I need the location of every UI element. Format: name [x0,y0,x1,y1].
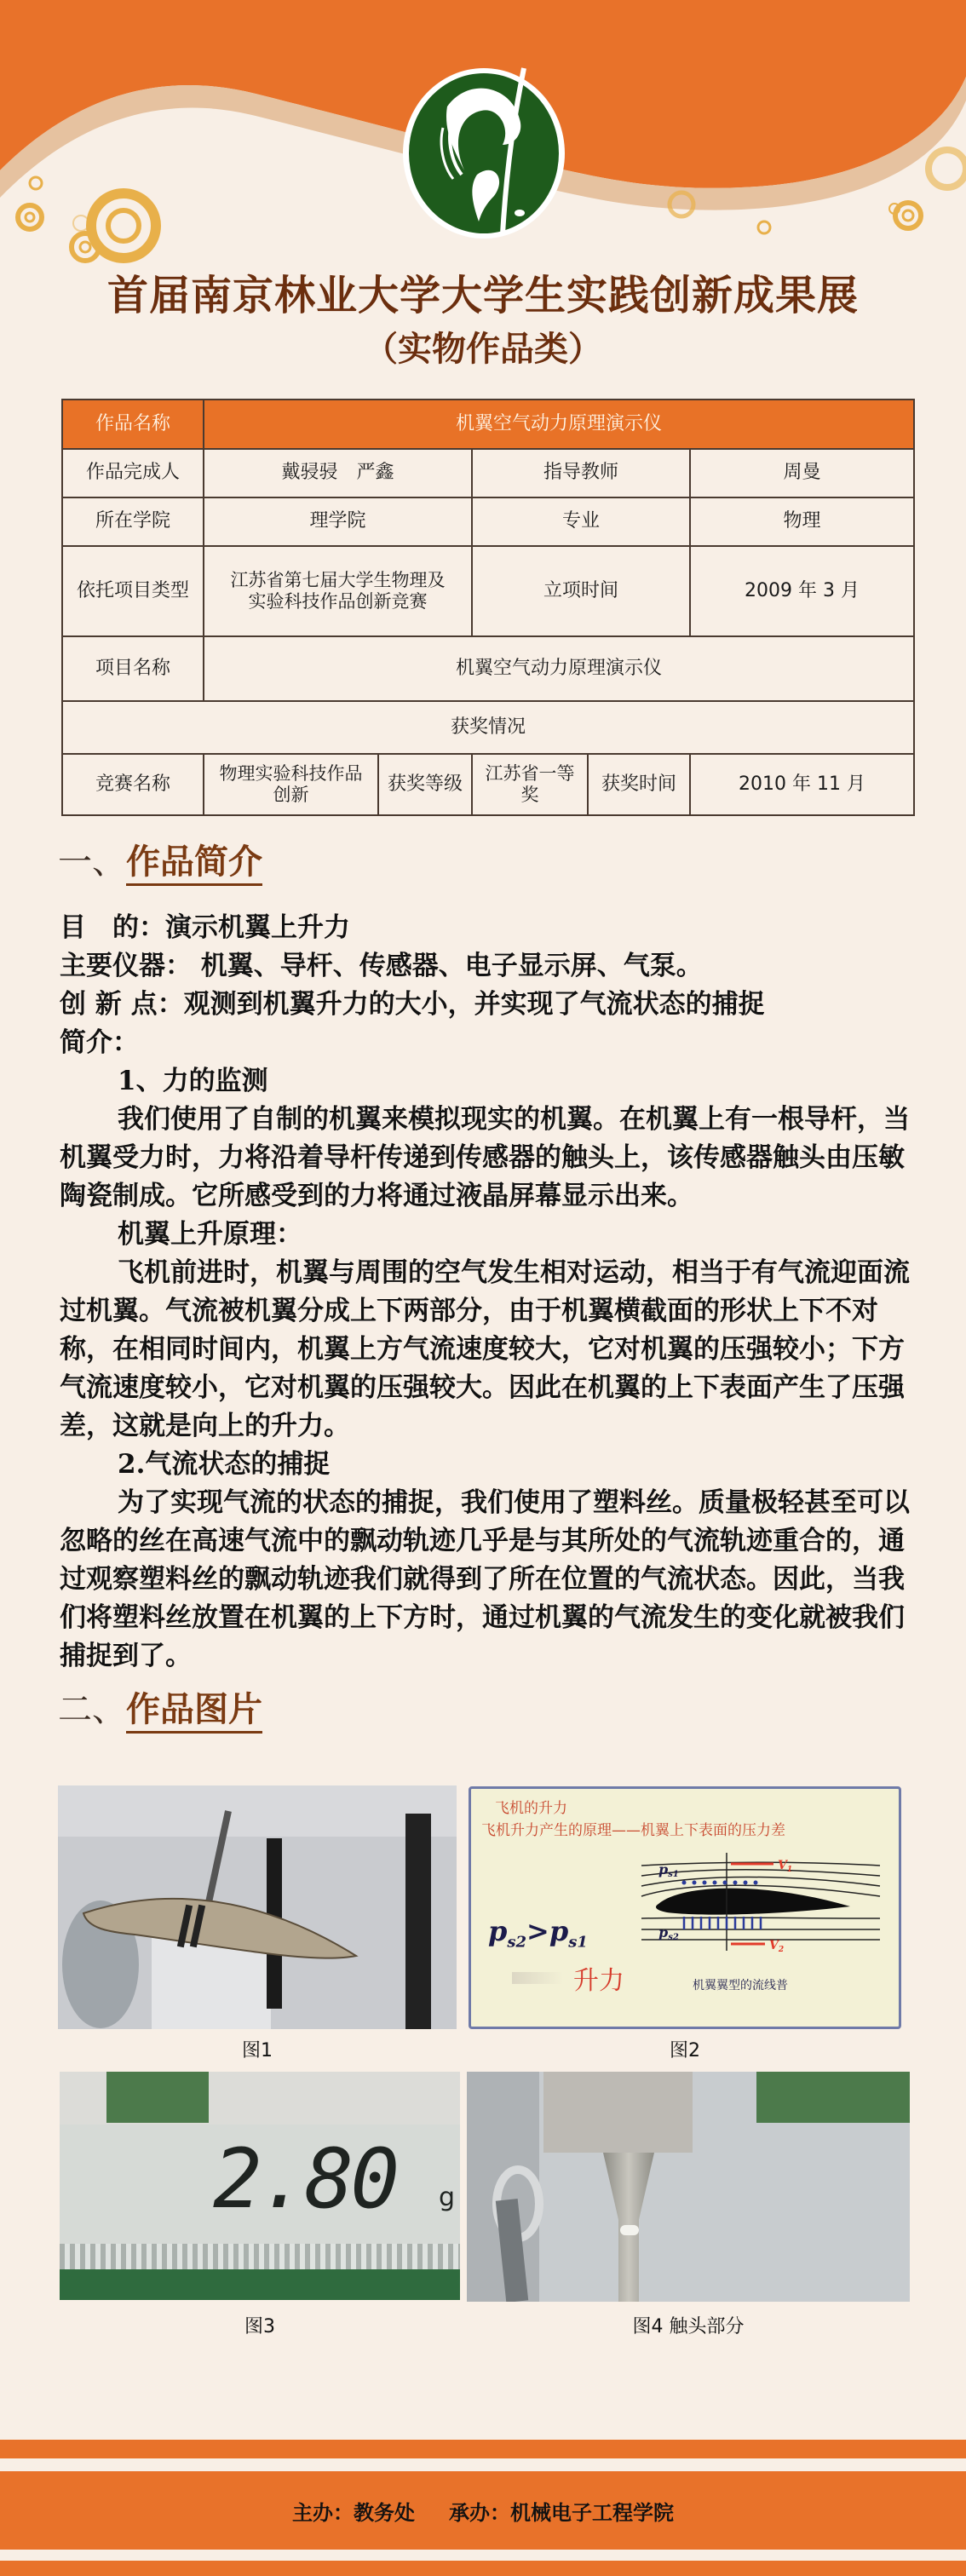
footer-band-top [0,2440,966,2458]
table-row-award-header: 获奖情况 [62,701,914,754]
cell-value: 物理实验科技作品创新 [204,754,378,815]
figure-4-caption: 图4 触头部分 [467,2312,910,2338]
subheading-force-monitoring: 1、力的监测 [60,1062,911,1101]
lift-label: 升力 [573,1959,624,1997]
cell-value: 戴骎骎 严鑫 [204,449,472,497]
paragraph-force-monitoring: 我们使用了自制的机翼来模拟现实的机翼。在机翼上有一根导杆，当机翼受力时，力将沿着… [60,1101,911,1216]
table-row-project-name: 作品名称 机翼空气动力原理演示仪 [62,400,914,449]
purpose-line: 目 的：演示机翼上升力 [60,909,911,947]
footer-host: 主办：教务处 [292,2501,415,2525]
section-number: 一、 [58,842,126,882]
cell-value: 2010 年 11 月 [690,754,914,815]
figure-1-wing-photo [58,1785,457,2029]
section-title: 作品简介 [126,842,262,886]
cell-label: 立项时间 [472,546,690,636]
cell-label: 所在学院 [62,497,204,546]
paragraph-airflow-capture: 为了实现气流的状态的捕捉，我们使用了塑料丝。质量极轻甚至可以忽略的丝在高速气流中… [60,1484,911,1676]
footer-band-bottom [0,2561,966,2576]
airfoil-streamline-icon: ps1 ps2 V1 V2 [633,1849,888,1968]
slide-subtitle: 飞机升力产生的原理——机翼上下表面的压力差 [481,1818,785,1839]
lcd-unit: g [439,2182,455,2212]
cell-label: 竞赛名称 [62,754,204,815]
page-title: 首届南京林业大学大学生实践创新成果展 [0,262,966,321]
table-row-project-title: 项目名称 机翼空气动力原理演示仪 [62,636,914,701]
svg-text:V1: V1 [778,1859,792,1874]
cell-label: 获奖时间 [588,754,690,815]
footer-organizer: 承办：机械电子工程学院 [449,2501,674,2525]
cell-value: 江苏省一等奖 [472,754,588,815]
cell-label: 项目名称 [62,636,204,701]
page-subtitle: （实物作品类） [0,322,966,371]
figure-3-display-photo: 2.80 g [60,2072,460,2300]
cell-label: 专业 [472,497,690,546]
project-info-table: 作品名称 机翼空气动力原理演示仪 作品完成人 戴骎骎 严鑫 指导教师 周曼 所在… [61,399,915,816]
innovation-line: 创 新 点：观测到机翼升力的大小，并实现了气流状态的捕捉 [60,986,911,1024]
intro-label: 简介： [60,1024,911,1062]
table-row-award: 竞赛名称 物理实验科技作品创新 获奖等级 江苏省一等奖 获奖时间 2010 年 … [62,754,914,815]
figure-4-contact-head-photo [467,2072,910,2302]
subheading-airflow-capture: 2.气流状态的捕捉 [60,1446,911,1484]
cell-label: 作品名称 [62,400,204,449]
lcd-value: 2.80 [213,2131,396,2227]
figure-2-lift-diagram: 飞机的升力 飞机升力产生的原理——机翼上下表面的压力差 ps2>ps1 升力 p… [469,1786,901,2029]
cell-value: 机翼空气动力原理演示仪 [204,636,914,701]
figure-3-caption: 图3 [60,2312,460,2338]
slide-title: 飞机的升力 [495,1796,567,1817]
footer-credits: 主办：教务处承办：机械电子工程学院 [0,2496,966,2526]
section-number: 二、 [58,1690,126,1729]
svg-text:V2: V2 [769,1939,784,1954]
instruments-line: 主要仪器： 机翼、导杆、传感器、电子显示屏、气泵。 [60,947,911,986]
section-heading-pictures: 二、作品图片 [58,1682,262,1731]
svg-text:ps2: ps2 [658,1924,679,1942]
cell-label: 指导教师 [472,449,690,497]
cell-value: 周曼 [690,449,914,497]
cell-section-label: 获奖情况 [62,701,914,754]
table-row-people: 作品完成人 戴骎骎 严鑫 指导教师 周曼 [62,449,914,497]
cell-label: 获奖等级 [378,754,472,815]
table-row-project-type: 依托项目类型 江苏省第七届大学生物理及实验科技作品创新竞赛 立项时间 2009 … [62,546,914,636]
figure-2-caption: 图2 [469,2036,901,2062]
section-heading-intro: 一、作品简介 [58,835,262,883]
cell-value: 物理 [690,497,914,546]
cell-value: 2009 年 3 月 [690,546,914,636]
cell-value: 江苏省第七届大学生物理及实验科技作品创新竞赛 [204,546,472,636]
diagram-caption: 机翼翼型的流线普 [693,1976,788,1993]
arrow-right-icon [512,1972,563,1984]
pressure-inequality: ps2>ps1 [488,1915,588,1951]
cell-value: 机翼空气动力原理演示仪 [204,400,914,449]
section-title: 作品图片 [126,1689,262,1734]
figure-1-caption: 图1 [58,2036,457,2062]
cell-value: 理学院 [204,497,472,546]
cell-label: 依托项目类型 [62,546,204,636]
cell-label: 作品完成人 [62,449,204,497]
decorative-circles-left [18,177,156,261]
paragraph-lift-principle: 飞机前进时，机翼与周围的空气发生相对运动，相当于有气流迎面流过机翼。气流被机翼分… [60,1254,911,1446]
university-logo-icon [400,60,571,243]
subheading-lift-principle: 机翼上升原理： [60,1216,911,1254]
table-row-school: 所在学院 理学院 专业 物理 [62,497,914,546]
intro-body: 目 的：演示机翼上升力 主要仪器： 机翼、导杆、传感器、电子显示屏、气泵。 创 … [60,909,911,1676]
